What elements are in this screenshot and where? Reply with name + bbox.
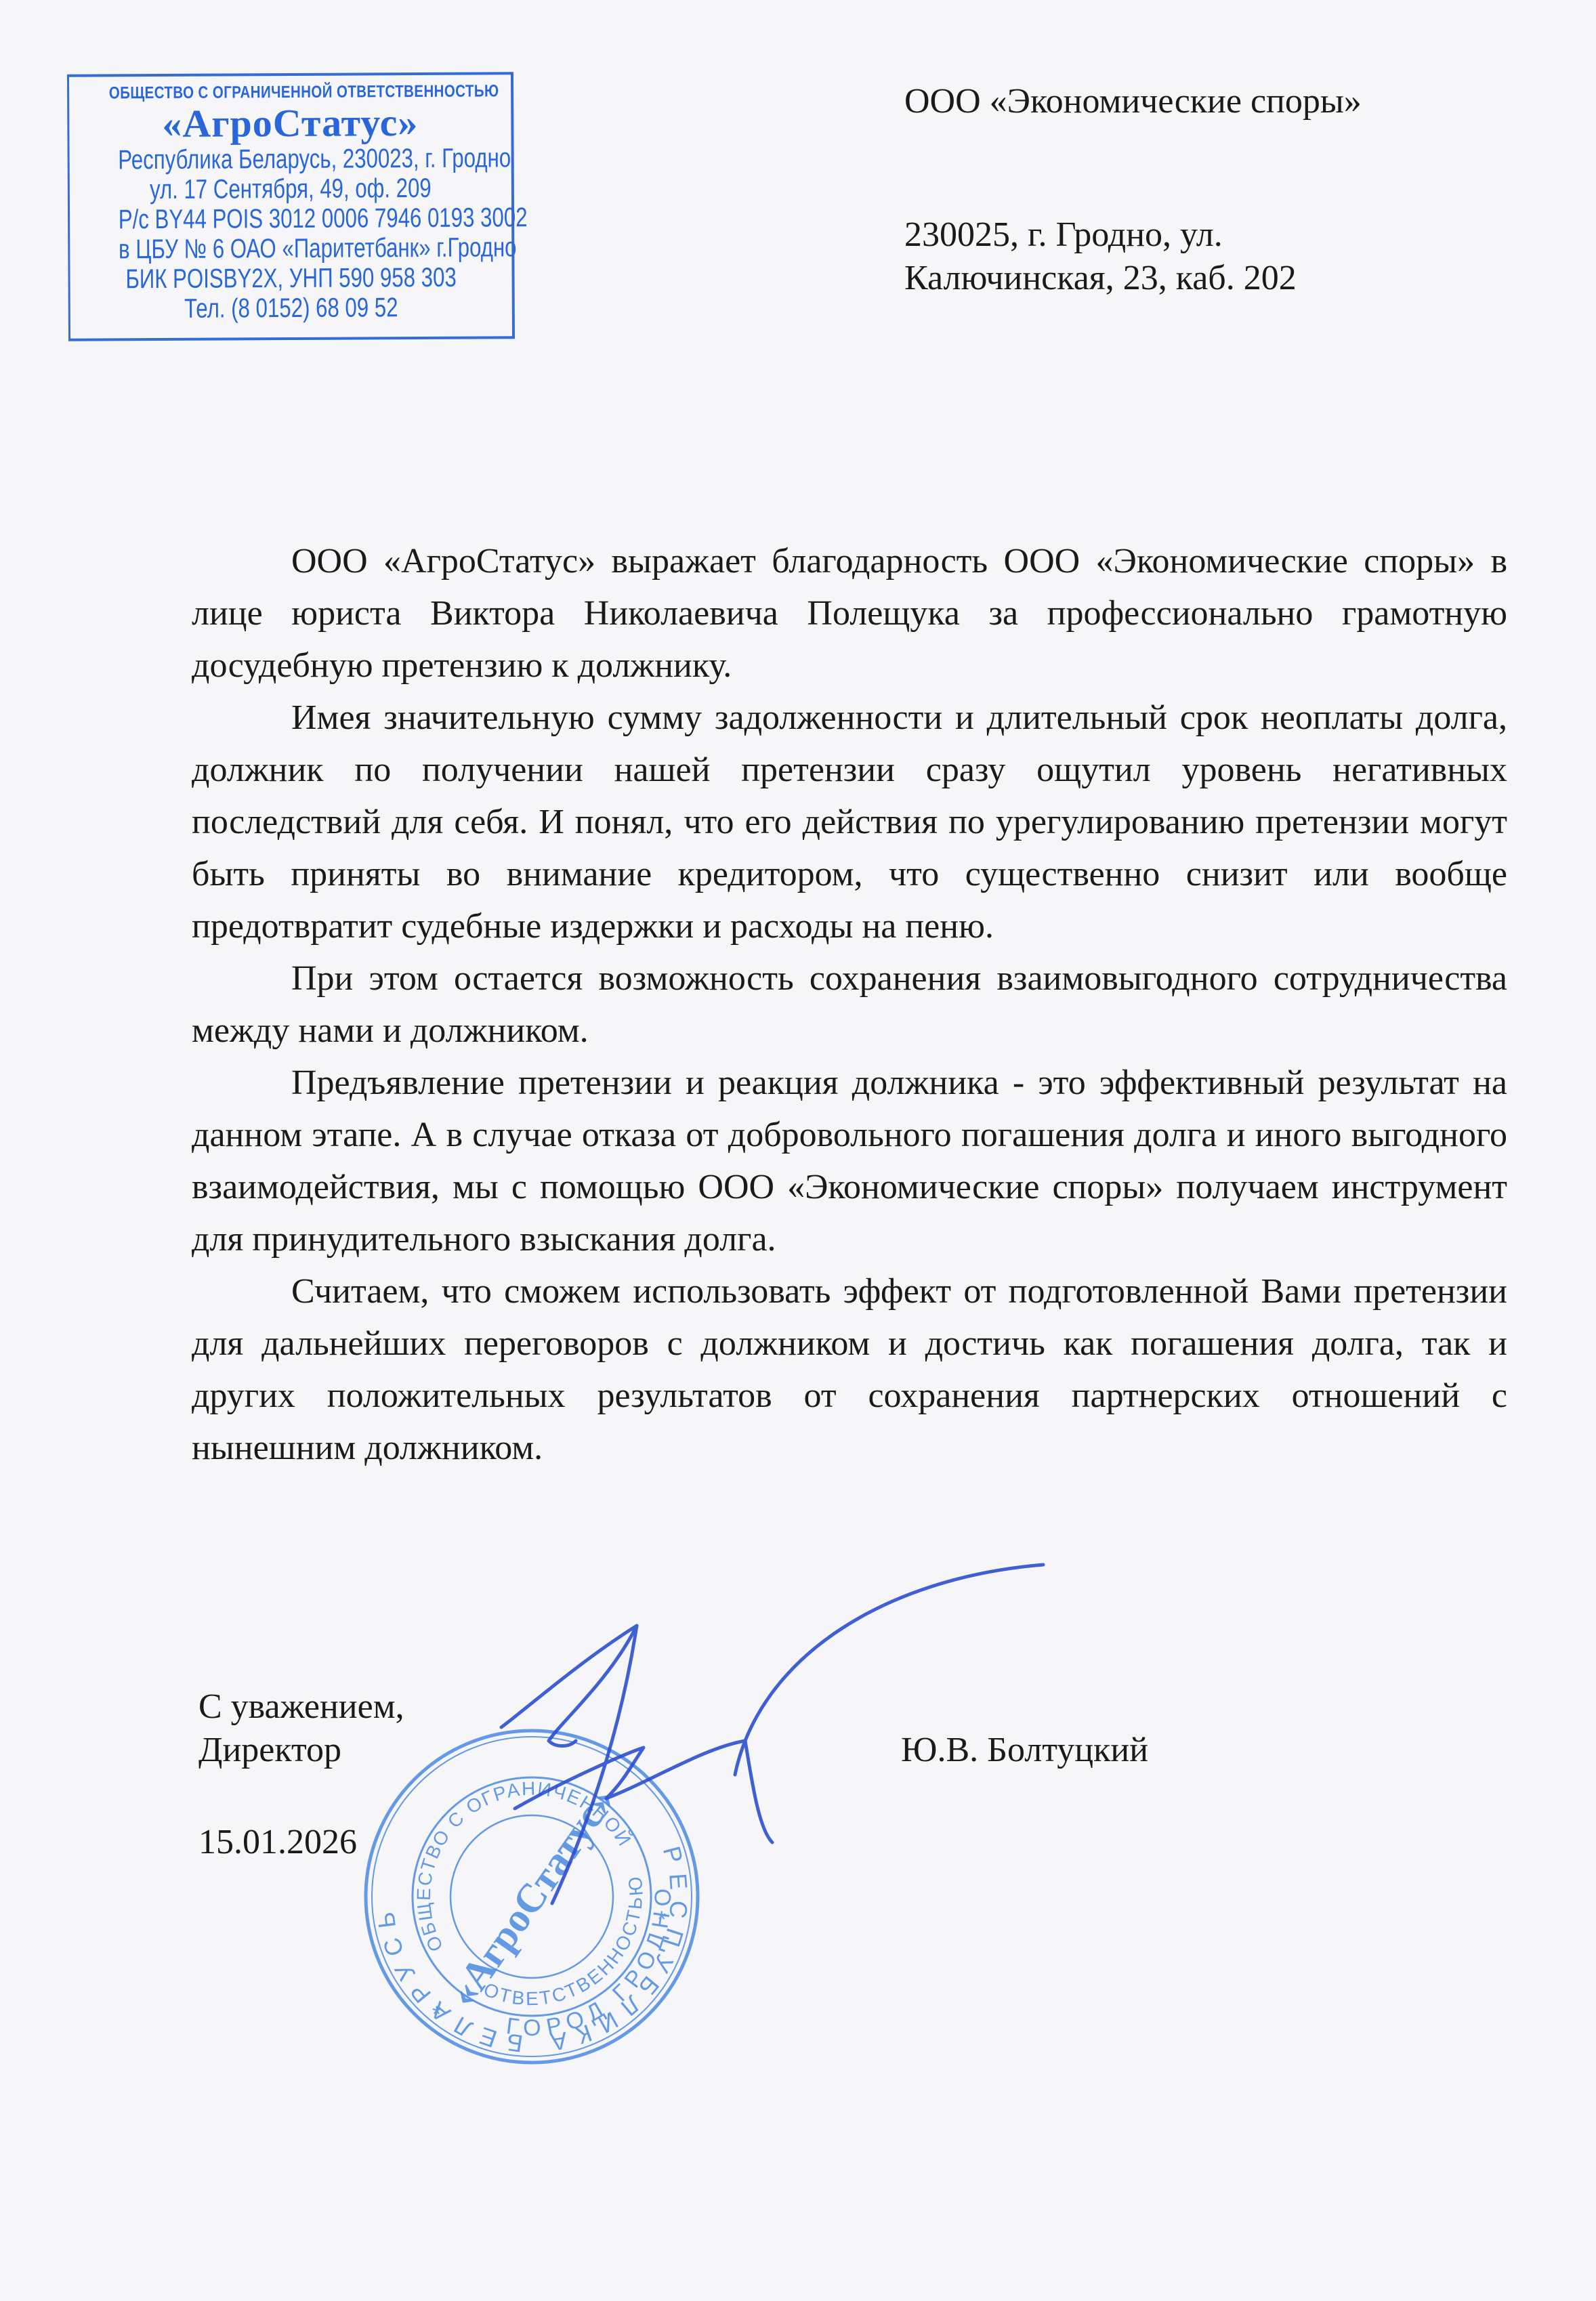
letter-page: ОБЩЕСТВО С ОГРАНИЧЕННОЙ ОТВЕТСТВЕННОСТЬЮ…: [0, 0, 1596, 2301]
letter-body: ООО «АгроСтатус» выражает благодарность …: [192, 535, 1507, 1474]
recipient-address-line2: Калючинская, 23, каб. 202: [904, 257, 1362, 300]
stamp-company-name: «АгроСтатус»: [69, 101, 511, 145]
recipient-block: ООО «Экономические споры» 230025, г. Гро…: [904, 80, 1362, 300]
paragraph: При этом остается возможность сохранения…: [192, 952, 1507, 1057]
recipient-address-line1: 230025, г. Гродно, ул.: [904, 213, 1362, 257]
closing-phrase: С уважением,: [198, 1685, 404, 1729]
paragraph: Имея значительную сумму задолженности и …: [192, 692, 1507, 952]
stamp-bank: в ЦБУ № 6 ОАО «Паритетбанк» г.Гродно: [119, 233, 463, 265]
paragraph: Предъявление претензии и реакция должник…: [192, 1057, 1507, 1265]
stamp-phone: Тел. (8 0152) 68 09 52: [119, 293, 463, 324]
stamp-bik-unp: БИК POISBY2X, УНП 590 958 303: [119, 263, 463, 295]
stamp-address: Республика Беларусь, 230023, г. Гродно: [118, 144, 463, 175]
recipient-name: ООО «Экономические споры»: [904, 80, 1362, 123]
stamp-org-type: ОБЩЕСТВО С ОГРАНИЧЕННОЙ ОТВЕТСТВЕННОСТЬЮ: [109, 82, 471, 104]
handwritten-signature-icon: [474, 1524, 1185, 1930]
paragraph: Считаем, что сможем использовать эффект …: [192, 1265, 1507, 1474]
letter-date: 15.01.2026: [198, 1821, 357, 1864]
stamp-street: ул. 17 Сентября, 49, оф. 209: [118, 173, 463, 205]
stamp-account: Р/с BY44 POIS 3012 0006 7946 0193 3002: [119, 203, 463, 235]
paragraph: ООО «АгроСтатус» выражает благодарность …: [192, 535, 1507, 692]
svg-text:*: *: [432, 2002, 441, 2027]
company-stamp: ОБЩЕСТВО С ОГРАНИЧЕННОЙ ОТВЕТСТВЕННОСТЬЮ…: [67, 72, 515, 341]
